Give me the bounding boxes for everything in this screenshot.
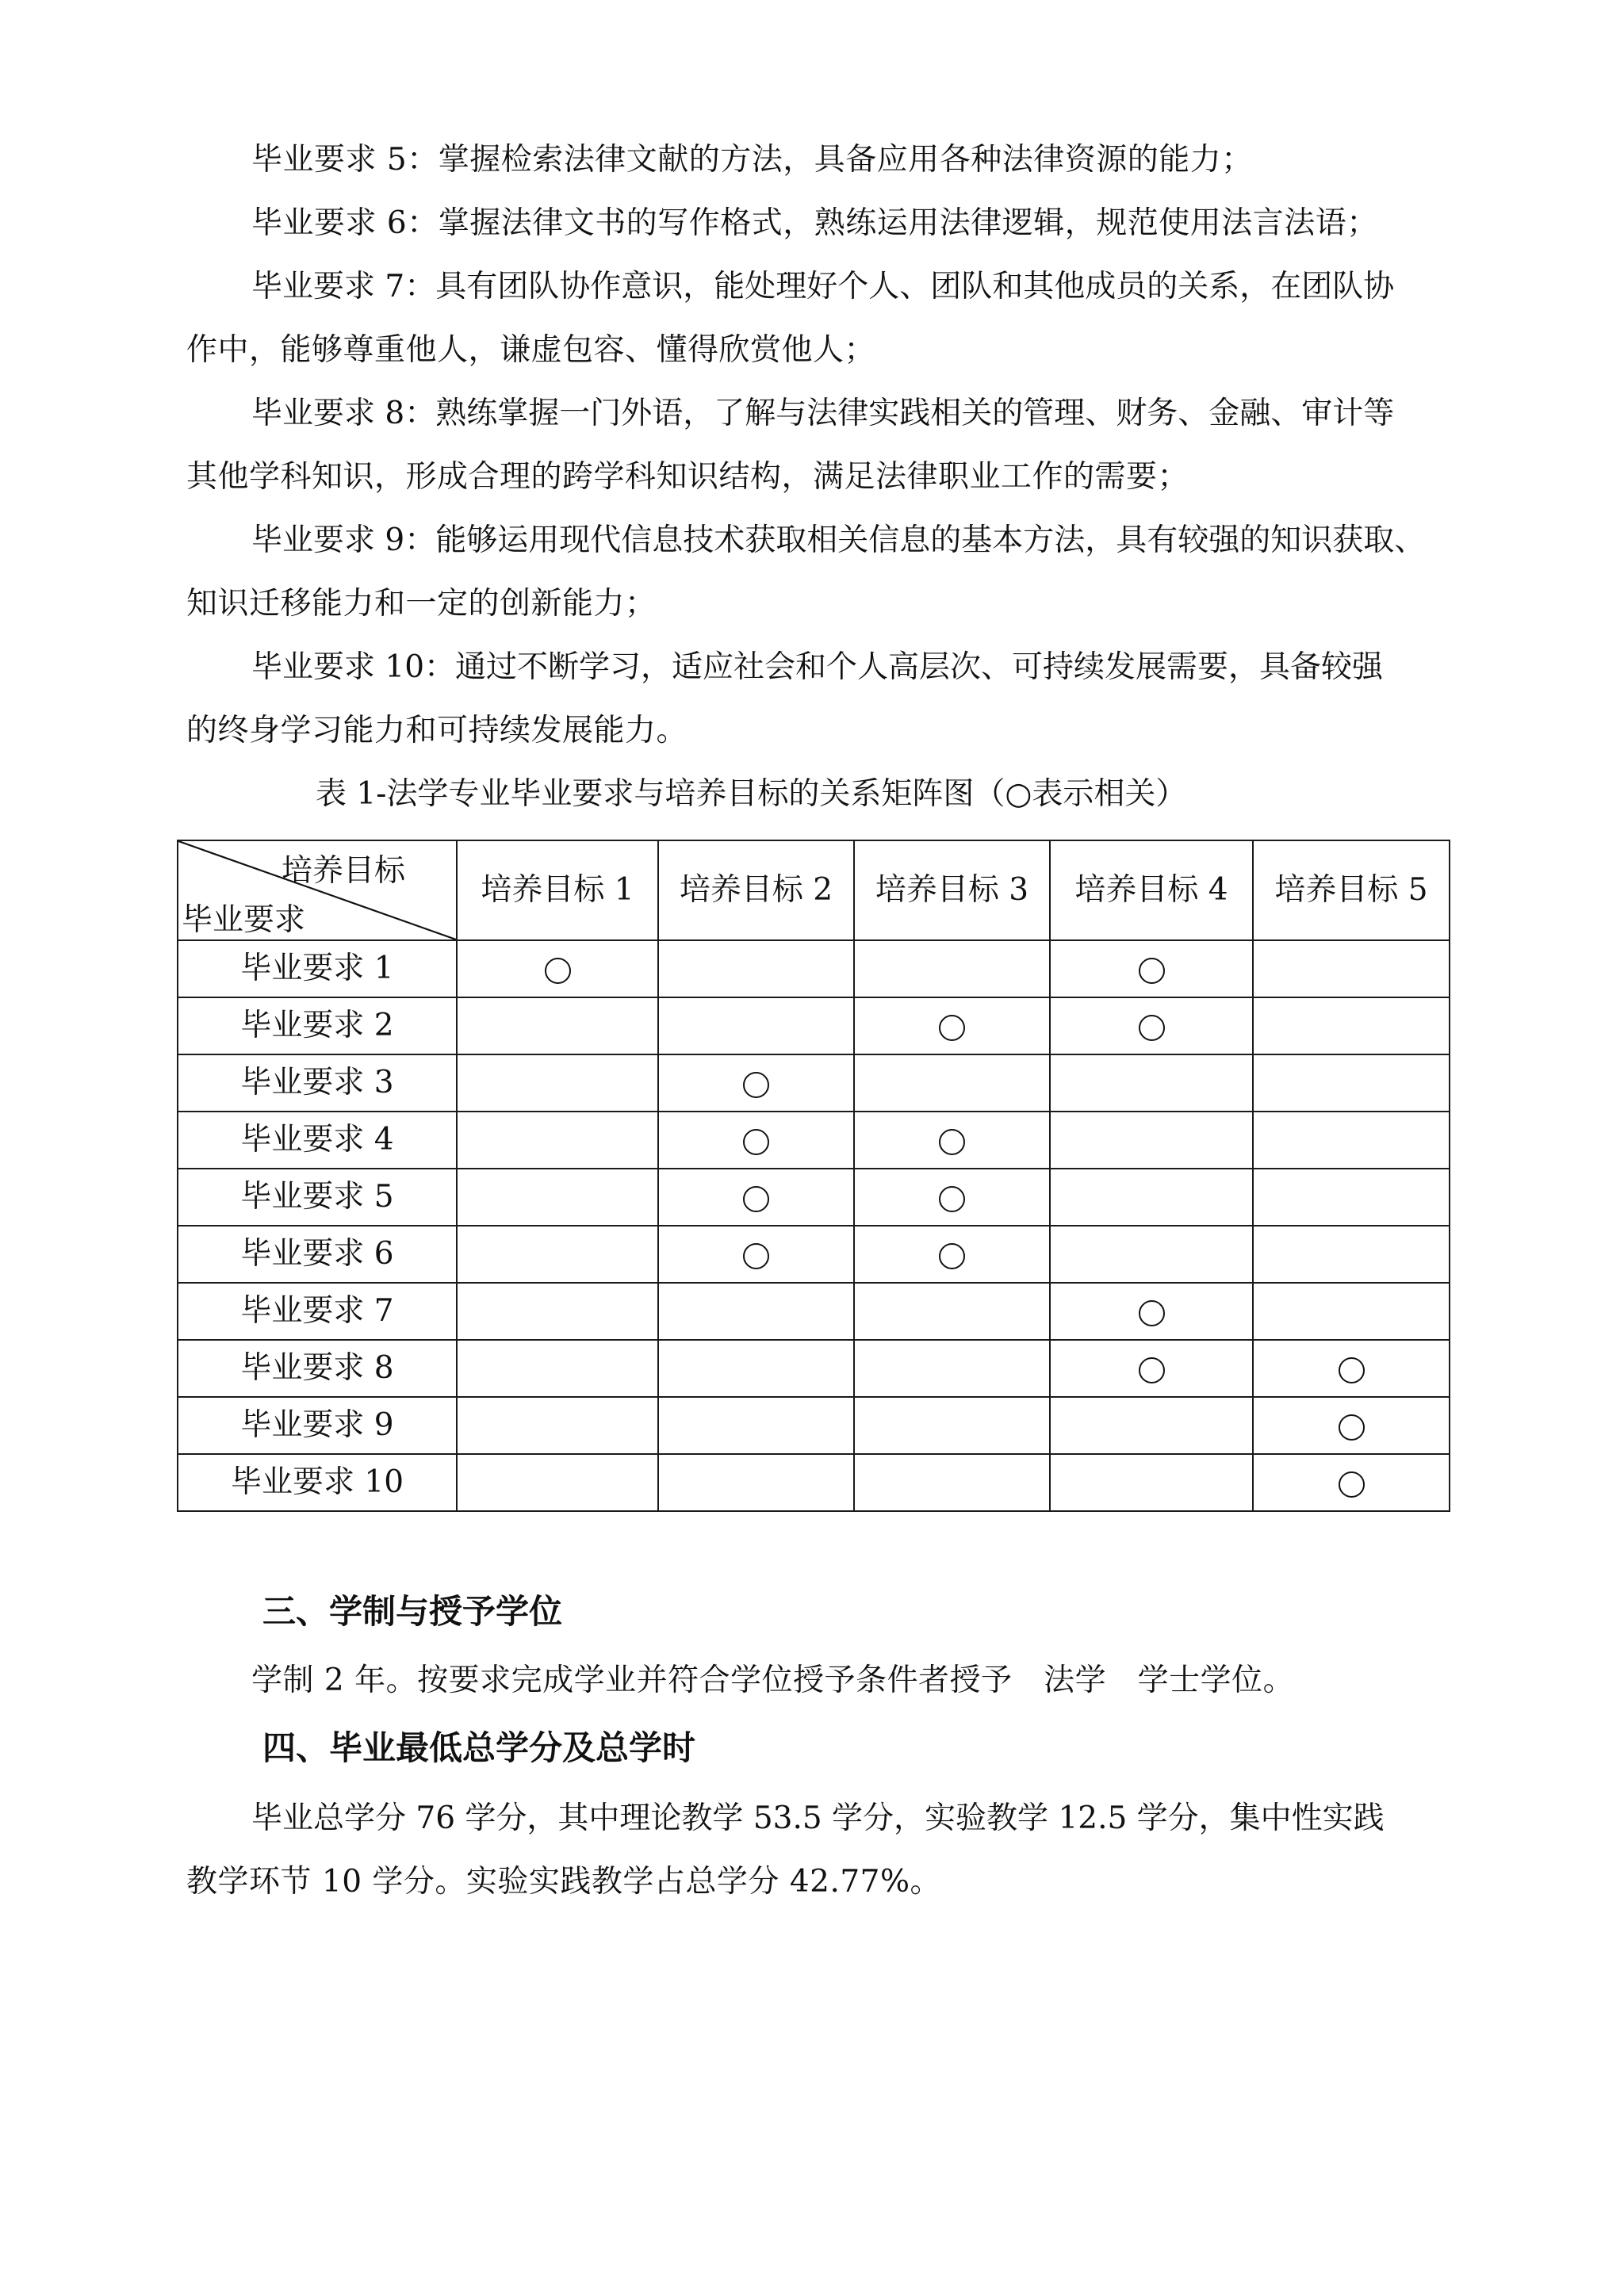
matrix-cell — [1253, 1054, 1450, 1112]
column-header: 培养目标 2 — [658, 840, 854, 940]
matrix-cell — [1253, 1112, 1450, 1169]
matrix-cell — [1050, 997, 1253, 1054]
matrix-cell — [457, 1226, 658, 1283]
row-label: 毕业要求 1 — [178, 940, 457, 997]
requirement-8-line-2: 其他学科知识，形成合理的跨学科知识结构，满足法律职业工作的需要； — [186, 458, 1451, 496]
matrix-cell — [1050, 1454, 1253, 1511]
requirement-8-line-1: 毕业要求 8：熟练掌握一门外语，了解与法律实践相关的管理、财务、金融、审计等 — [251, 395, 1451, 433]
matrix-cell — [1253, 940, 1450, 997]
matrix-cell — [457, 997, 658, 1054]
circle-mark-icon — [743, 1186, 769, 1212]
circle-mark-icon — [1139, 1015, 1165, 1041]
matrix-cell — [1050, 940, 1253, 997]
matrix-cell — [854, 1169, 1050, 1226]
matrix-cell — [1050, 1169, 1253, 1226]
table-row: 毕业要求 6 — [178, 1226, 1450, 1283]
matrix-cell — [1050, 1112, 1253, 1169]
table-row: 毕业要求 7 — [178, 1283, 1450, 1340]
table-body: 毕业要求 1毕业要求 2毕业要求 3毕业要求 4毕业要求 5毕业要求 6毕业要求… — [178, 940, 1450, 1511]
circle-mark-icon — [1139, 958, 1165, 984]
matrix-cell — [457, 1340, 658, 1397]
table-row: 毕业要求 8 — [178, 1340, 1450, 1397]
corner-label-objectives: 培养目标 — [282, 852, 405, 890]
circle-mark-icon — [939, 1186, 965, 1212]
circle-mark-icon — [743, 1243, 769, 1269]
circle-mark-icon — [1139, 1300, 1165, 1326]
matrix-cell — [1253, 1340, 1450, 1397]
row-label: 毕业要求 7 — [178, 1283, 457, 1340]
requirement-9-line-1: 毕业要求 9：能够运用现代信息技术获取相关信息的基本方法，具有较强的知识获取、 — [251, 522, 1451, 560]
matrix-cell — [457, 1454, 658, 1511]
table-row: 毕业要求 9 — [178, 1397, 1450, 1454]
matrix-cell — [854, 940, 1050, 997]
matrix-cell — [457, 940, 658, 997]
table-row: 毕业要求 1 — [178, 940, 1450, 997]
row-label: 毕业要求 10 — [178, 1454, 457, 1511]
matrix-cell — [1253, 1169, 1450, 1226]
column-header: 培养目标 4 — [1050, 840, 1253, 940]
table-row: 毕业要求 4 — [178, 1112, 1450, 1169]
row-label: 毕业要求 6 — [178, 1226, 457, 1283]
matrix-cell — [1050, 1054, 1253, 1112]
table-row: 毕业要求 10 — [178, 1454, 1450, 1511]
matrix-cell — [854, 1283, 1050, 1340]
matrix-cell — [1253, 1454, 1450, 1511]
requirement-9-line-2: 知识迁移能力和一定的创新能力； — [186, 585, 1451, 623]
matrix-cell — [658, 940, 854, 997]
circle-mark-icon — [1339, 1471, 1365, 1498]
matrix-cell — [854, 1112, 1050, 1169]
table-header-row: 培养目标 毕业要求 培养目标 1 培养目标 2 培养目标 3 培养目标 4 培养… — [178, 840, 1450, 940]
table-row: 毕业要求 5 — [178, 1169, 1450, 1226]
matrix-cell — [658, 1340, 854, 1397]
circle-mark-icon — [1139, 1357, 1165, 1383]
requirement-7-line-1: 毕业要求 7：具有团队协作意识，能处理好个人、团队和其他成员的关系，在团队协 — [251, 268, 1451, 306]
row-label: 毕业要求 8 — [178, 1340, 457, 1397]
requirement-6-line: 毕业要求 6：掌握法律文书的写作格式，熟练运用法律逻辑，规范使用法言法语； — [251, 205, 1451, 243]
corner-header-cell: 培养目标 毕业要求 — [178, 840, 457, 940]
matrix-cell — [854, 1454, 1050, 1511]
matrix-cell — [1253, 1397, 1450, 1454]
relationship-matrix-table: 培养目标 毕业要求 培养目标 1 培养目标 2 培养目标 3 培养目标 4 培养… — [177, 840, 1450, 1512]
matrix-cell — [658, 1054, 854, 1112]
matrix-cell — [457, 1283, 658, 1340]
requirement-10-line-1: 毕业要求 10：通过不断学习，适应社会和个人高层次、可持续发展需要，具备较强 — [251, 649, 1451, 687]
circle-mark-icon — [939, 1015, 965, 1041]
matrix-cell — [854, 1054, 1050, 1112]
matrix-cell — [854, 1340, 1050, 1397]
matrix-cell — [457, 1397, 658, 1454]
table-caption: 表 1-法学专业毕业要求与培养目标的关系矩阵图（○表示相关） — [316, 775, 1186, 813]
matrix-cell — [457, 1112, 658, 1169]
circle-mark-icon — [939, 1243, 965, 1269]
circle-mark-icon — [939, 1129, 965, 1155]
matrix-cell — [1050, 1397, 1253, 1454]
matrix-cell — [457, 1054, 658, 1112]
section-3-heading: 三、学制与授予学位 — [262, 1592, 562, 1632]
matrix-cell — [658, 997, 854, 1054]
requirement-5-line: 毕业要求 5：掌握检索法律文献的方法，具备应用各种法律资源的能力； — [251, 141, 1451, 179]
requirement-7-line-2: 作中，能够尊重他人，谦虚包容、懂得欣赏他人； — [186, 331, 1451, 369]
matrix-cell — [658, 1226, 854, 1283]
circle-mark-icon — [545, 958, 571, 984]
requirement-10-line-2: 的终身学习能力和可持续发展能力。 — [186, 712, 1451, 750]
column-header: 培养目标 5 — [1253, 840, 1450, 940]
matrix-cell — [658, 1169, 854, 1226]
matrix-cell — [854, 1226, 1050, 1283]
row-label: 毕业要求 2 — [178, 997, 457, 1054]
circle-mark-icon — [1339, 1414, 1365, 1441]
circle-mark-icon — [743, 1129, 769, 1155]
matrix-cell — [457, 1169, 658, 1226]
column-header: 培养目标 3 — [854, 840, 1050, 940]
row-label: 毕业要求 3 — [178, 1054, 457, 1112]
table-row: 毕业要求 3 — [178, 1054, 1450, 1112]
matrix-cell — [1050, 1340, 1253, 1397]
matrix-cell — [658, 1112, 854, 1169]
section-4-text-line-2: 教学环节 10 学分。实验实践教学占总学分 42.77%。 — [186, 1863, 1451, 1901]
table-row: 毕业要求 2 — [178, 997, 1450, 1054]
section-4-text-line-1: 毕业总学分 76 学分，其中理论教学 53.5 学分，实验教学 12.5 学分，… — [251, 1800, 1451, 1838]
matrix-cell — [1050, 1226, 1253, 1283]
matrix-cell — [1253, 1226, 1450, 1283]
matrix-cell — [854, 997, 1050, 1054]
corner-label-requirements: 毕业要求 — [182, 901, 305, 939]
column-header: 培养目标 1 — [457, 840, 658, 940]
circle-mark-icon — [743, 1072, 769, 1098]
section-3-text: 学制 2 年。按要求完成学业并符合学位授予条件者授予 法学 学士学位。 — [251, 1662, 1451, 1700]
matrix-cell — [1253, 997, 1450, 1054]
matrix-cell — [658, 1454, 854, 1511]
row-label: 毕业要求 5 — [178, 1169, 457, 1226]
row-label: 毕业要求 4 — [178, 1112, 457, 1169]
circle-mark-icon — [1339, 1357, 1365, 1383]
matrix-cell — [658, 1283, 854, 1340]
matrix-cell — [854, 1397, 1050, 1454]
matrix-cell — [658, 1397, 854, 1454]
matrix-cell — [1050, 1283, 1253, 1340]
row-label: 毕业要求 9 — [178, 1397, 457, 1454]
matrix-cell — [1253, 1283, 1450, 1340]
section-4-heading: 四、毕业最低总学分及总学时 — [262, 1728, 695, 1768]
